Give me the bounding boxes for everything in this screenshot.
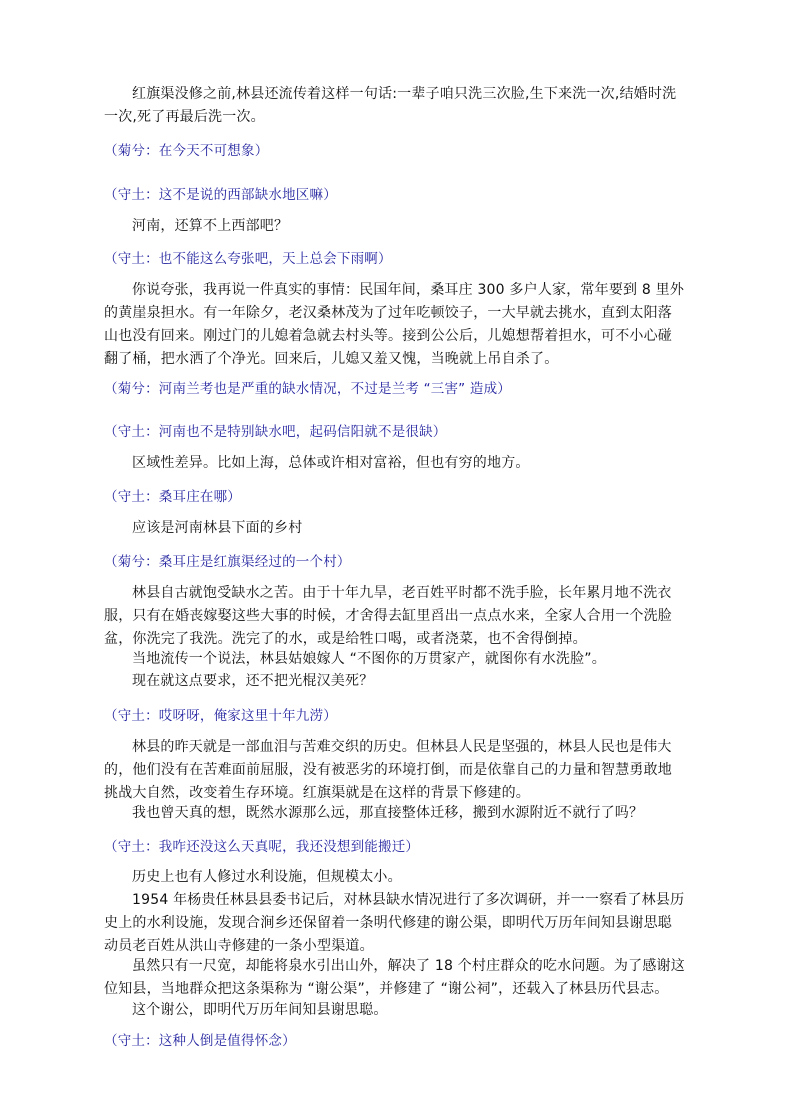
paragraph-line: 当地流传一个说法，林县姑娘嫁人 “不图你的万贯家产，就图你有水洗脸”。 — [104, 648, 696, 671]
comment-text: （菊兮：桑耳庄是红旗渠经过的一个村） — [104, 551, 696, 574]
reader-comment: （守土：这不是说的西部缺水地区嘛） — [104, 184, 696, 207]
comment-text: （守土：这不是说的西部缺水地区嘛） — [104, 184, 696, 207]
reader-comment: （守土：这种人倒是值得怀念） — [104, 1030, 696, 1053]
paragraph-line: 区域性差异。比如上海，总体或许相对富裕，但也有穷的地方。 — [104, 452, 696, 475]
comment-text: （守土：这种人倒是值得怀念） — [104, 1030, 696, 1053]
body-paragraph: 历史上也有人修过水利设施，但规模太小。 — [104, 866, 696, 889]
body-paragraph: 这个谢公，即明代万历年间知县谢思聪。 — [104, 999, 696, 1022]
paragraph-line: 应该是河南林县下面的乡村 — [104, 517, 696, 540]
body-paragraph: 你说夸张，我再说一件真实的事情：民国年间，桑耳庄 300 多户人家，常年要到 8… — [104, 279, 696, 371]
paragraph-line: 现在就这点要求，还不把光棍汉美死？ — [104, 670, 696, 693]
paragraph-line: 翻了桶，把水洒了个净光。回来后，儿媳又羞又愧，当晚就上吊自杀了。 — [104, 348, 696, 371]
body-paragraph: 应该是河南林县下面的乡村 — [104, 517, 696, 540]
comment-text: （守土：河南也不是特别缺水吧，起码信阳就不是很缺） — [104, 421, 696, 444]
body-paragraph: 现在就这点要求，还不把光棍汉美死？ — [104, 670, 696, 693]
comment-text: （守土：我咋还没这么天真呢，我还没想到能搬迁） — [104, 836, 696, 859]
comment-text: （守土：桑耳庄在哪） — [104, 486, 696, 509]
body-paragraph: 当地流传一个说法，林县姑娘嫁人 “不图你的万贯家产，就图你有水洗脸”。 — [104, 648, 696, 671]
comment-text: （守土：哎呀呀，俺家这里十年九涝） — [104, 705, 696, 728]
paragraph-line: 你说夸张，我再说一件真实的事情：民国年间，桑耳庄 300 多户人家，常年要到 8… — [104, 279, 696, 302]
reader-comment: （菊兮：桑耳庄是红旗渠经过的一个村） — [104, 551, 696, 574]
paragraph-line: 史上的水利设施，发现合涧乡还保留着一条明代修建的谢公渠，即明代万历年间知县谢思聪 — [104, 912, 696, 935]
paragraph-line: 服，只有在婚丧嫁娶这些大事的时候，才舍得去缸里舀出一点点水来，全家人合用一个洗脸 — [104, 605, 696, 628]
reader-comment: （菊兮：在今天不可想象） — [104, 140, 696, 163]
body-paragraph: 河南，还算不上西部吧？ — [104, 215, 696, 238]
paragraph-line: 一次,死了再最后洗一次。 — [104, 106, 696, 129]
reader-comment: （守土：也不能这么夸张吧，天上总会下雨啊） — [104, 248, 696, 271]
reader-comment: （守土：桑耳庄在哪） — [104, 486, 696, 509]
paragraph-line: 1954 年杨贵任林县县委书记后，对林县缺水情况进行了多次调研，并一一察看了林县… — [104, 889, 696, 912]
body-paragraph: 我也曾天真的想，既然水源那么远，那直接整体迁移，搬到水源附近不就行了吗？ — [104, 802, 696, 825]
reader-comment: （菊兮：河南兰考也是严重的缺水情况，不过是兰考 “三害” 造成） — [104, 378, 696, 401]
paragraph-line: 的黄崖泉担水。有一年除夕，老汉桑林茂为了过年吃顿饺子，一大早就去挑水，直到太阳落 — [104, 302, 696, 325]
paragraph-line: 山也没有回来。刚过门的儿媳着急就去村头等。接到公公后，儿媳想帮着担水，可不小心碰 — [104, 325, 696, 348]
comment-text: （菊兮：在今天不可想象） — [104, 140, 696, 163]
paragraph-line: 我也曾天真的想，既然水源那么远，那直接整体迁移，搬到水源附近不就行了吗？ — [104, 802, 696, 825]
paragraph-line: 位知县，当地群众把这条渠称为 “谢公渠”，并修建了 “谢公祠”，还载入了林县历代… — [104, 978, 696, 1001]
reader-comment: （守土：我咋还没这么天真呢，我还没想到能搬迁） — [104, 836, 696, 859]
paragraph-line: 林县的昨天就是一部血泪与苦难交织的历史。但林县人民是坚强的，林县人民也是伟大 — [104, 736, 696, 759]
paragraph-line: 虽然只有一尺宽，却能将泉水引出山外，解决了 18 个村庄群众的吃水问题。为了感谢… — [104, 955, 696, 978]
reader-comment: （守土：哎呀呀，俺家这里十年九涝） — [104, 705, 696, 728]
paragraph-line: 这个谢公，即明代万历年间知县谢思聪。 — [104, 999, 696, 1022]
paragraph-line: 红旗渠没修之前,林县还流传着这样一句话:一辈子咱只洗三次脸,生下来洗一次,结婚时… — [104, 83, 696, 106]
comment-text: （菊兮：河南兰考也是严重的缺水情况，不过是兰考 “三害” 造成） — [104, 378, 696, 401]
body-paragraph: 1954 年杨贵任林县县委书记后，对林县缺水情况进行了多次调研，并一一察看了林县… — [104, 889, 696, 958]
paragraph-line: 的，他们没有在苦难面前屈服，没有被恶劣的环境打倒，而是依靠自己的力量和智慧勇敢地 — [104, 759, 696, 782]
body-paragraph: 林县的昨天就是一部血泪与苦难交织的历史。但林县人民是坚强的，林县人民也是伟大的，… — [104, 736, 696, 805]
paragraph-line: 林县自古就饱受缺水之苦。由于十年九旱，老百姓平时都不洗手脸，长年累月地不洗衣 — [104, 582, 696, 605]
paragraph-line: 历史上也有人修过水利设施，但规模太小。 — [104, 866, 696, 889]
body-paragraph: 林县自古就饱受缺水之苦。由于十年九旱，老百姓平时都不洗手脸，长年累月地不洗衣服，… — [104, 582, 696, 651]
body-paragraph: 区域性差异。比如上海，总体或许相对富裕，但也有穷的地方。 — [104, 452, 696, 475]
body-paragraph: 虽然只有一尺宽，却能将泉水引出山外，解决了 18 个村庄群众的吃水问题。为了感谢… — [104, 955, 696, 1001]
reader-comment: （守土：河南也不是特别缺水吧，起码信阳就不是很缺） — [104, 421, 696, 444]
comment-text: （守土：也不能这么夸张吧，天上总会下雨啊） — [104, 248, 696, 271]
paragraph-line: 河南，还算不上西部吧？ — [104, 215, 696, 238]
body-paragraph: 红旗渠没修之前,林县还流传着这样一句话:一辈子咱只洗三次脸,生下来洗一次,结婚时… — [104, 83, 696, 129]
